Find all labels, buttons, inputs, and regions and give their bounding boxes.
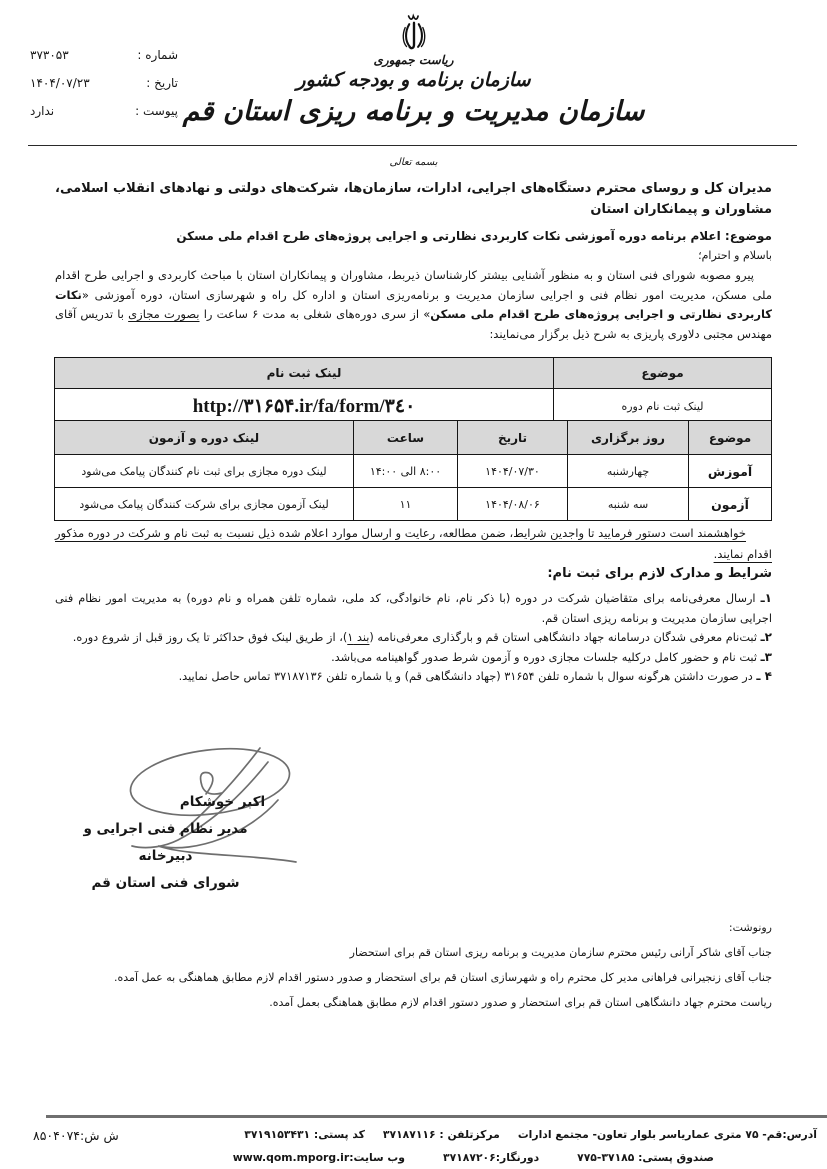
item2-clause-underlined: بند ۱: [347, 631, 369, 644]
item4-number: ۴ ـ: [756, 669, 772, 683]
intro-paragraph: پیرو مصوبه شورای فنی استان و به منظور آش…: [55, 266, 772, 344]
header-divider: [28, 145, 797, 146]
training-time: ۸:۰۰ الی ۱۴:۰۰: [354, 455, 458, 488]
training-day: چهارشنبه: [568, 455, 689, 488]
salutation-text: باسلام و احترام؛: [698, 249, 772, 262]
schedule-col-time: ساعت: [354, 421, 458, 455]
footer-line-1: آدرس:قم- ۷۵ متری عماریاسر بلوار تعاون- م…: [120, 1123, 817, 1146]
requirement-item-3: ۳ـ ثبت نام و حضور کامل درکلیه جلسات مجاز…: [55, 648, 772, 668]
schedule-table: موضوع روز برگزاری تاریخ ساعت لینک دوره و…: [54, 420, 772, 521]
link-table-col-link: لینک ثبت نام: [55, 358, 554, 389]
letter-page: شماره : ۳۷۳۰۵۳ تاریخ : ۱۴۰۴/۰۷/۲۳ پیوست …: [0, 0, 827, 1169]
country-org-title: سازمان برنامه و بودجه کشور: [0, 69, 827, 91]
subject-label: موضوع:: [725, 229, 772, 243]
schedule-col-date: تاریخ: [458, 421, 568, 455]
schedule-col-day: روز برگزاری: [568, 421, 689, 455]
footer-postal-code: کد پستی: ۳۷۱۹۱۵۳۴۳۱: [244, 1123, 365, 1146]
request-note: خواهشمند است دستور فرمایید تا واجدین شرا…: [55, 523, 772, 565]
signer-title-line1: مدیر نظام فنی اجرایی و دبیرخانه: [58, 816, 273, 870]
item1-text: ارسال معرفی‌نامه برای متقاضیان شرکت در د…: [55, 592, 772, 625]
exam-subject: آزمون: [689, 488, 772, 521]
schedule-header-row: موضوع روز برگزاری تاریخ ساعت لینک دوره و…: [55, 421, 772, 455]
exam-link-note: لینک آزمون مجازی برای شرکت کنندگان پیامک…: [55, 488, 354, 521]
item4-text: در صورت داشتن هرگونه سوال با شماره تلفن …: [179, 670, 757, 683]
besmellah-text: بسمه تعالی: [0, 157, 827, 168]
footer-pobox: صندوق پستی: ۳۷۱۸۵-۷۷۵: [577, 1146, 714, 1169]
subject-line: موضوع: اعلام برنامه دوره آموزشی نکات کار…: [55, 229, 772, 243]
item2-number: ۲ـ: [761, 630, 772, 644]
requirement-item-2: ۲ـ ثبت‌نام معرفی شدگان درسامانه جهاد دان…: [55, 628, 772, 648]
footer-contact: آدرس:قم- ۷۵ متری عماریاسر بلوار تعاون- م…: [120, 1123, 817, 1169]
footer-phone: مرکزتلفن : ۳۷۱۸۷۱۱۶: [383, 1123, 500, 1146]
requirement-item-4: ۴ ـ در صورت داشتن هرگونه سوال با شماره ت…: [55, 667, 772, 687]
item3-number: ۳ـ: [761, 650, 772, 664]
exam-time: ۱۱: [354, 488, 458, 521]
schedule-col-link: لینک دوره و آزمون: [55, 421, 354, 455]
subject-text: اعلام برنامه دوره آموزشی نکات کاربردی نظ…: [176, 229, 725, 243]
footer-fax: دورنگار:۳۷۱۸۷۲۰۶: [443, 1146, 539, 1169]
iran-emblem-icon: [396, 12, 432, 56]
requirements-list: ۱ـ ارسال معرفی‌نامه برای متقاضیان شرکت د…: [55, 589, 772, 687]
signer-name: اکبر خوشکام: [115, 789, 330, 816]
signer-title-line2: شورای فنی استان قم: [58, 870, 273, 897]
requirement-item-1: ۱ـ ارسال معرفی‌نامه برای متقاضیان شرکت د…: [55, 589, 772, 628]
item1-number: ۱ـ: [761, 591, 772, 605]
schedule-row-exam: آزمون سه شنبه ۱۴۰۴/۰۸/۰۶ ۱۱ لینک آزمون م…: [55, 488, 772, 521]
link-table-header-row: موضوع لینک ثبت نام: [55, 358, 772, 389]
requirements-heading: شرایط و مدارک لازم برای ثبت نام:: [547, 566, 772, 581]
schedule-col-subject: موضوع: [689, 421, 772, 455]
schedule-row-training: آموزش چهارشنبه ۱۴۰۴/۰۷/۳۰ ۸:۰۰ الی ۱۴:۰۰…: [55, 455, 772, 488]
virtual-mode-underlined: بصورت مجازی: [128, 307, 199, 321]
item2-text-post: )، از طریق لینک فوق حداکثر تا یک روز قبل…: [73, 631, 348, 644]
cc-label: رونوشت:: [40, 915, 772, 940]
link-table-col-subject: موضوع: [554, 358, 772, 389]
province-org-title: سازمان مدیریت و برنامه ریزی استان قم: [0, 96, 827, 127]
addressee-text: مدیران کل و روسای محترم دستگاه‌های اجرای…: [55, 178, 772, 220]
exam-day: سه شنبه: [568, 488, 689, 521]
exam-date: ۱۴۰۴/۰۸/۰۶: [458, 488, 568, 521]
training-subject: آموزش: [689, 455, 772, 488]
cc-section: رونوشت: جناب آقای شاکر آرانی رئیس محترم …: [40, 915, 772, 1015]
letter-serial: ش ش:۸۵۰۴۰۷۴: [33, 1128, 119, 1143]
registration-link-table: موضوع لینک ثبت نام لینک ثبت نام دوره htt…: [54, 357, 772, 425]
footer-address: آدرس:قم- ۷۵ متری عماریاسر بلوار تعاون- م…: [518, 1123, 817, 1146]
intro-part2: » از سری دوره‌های شغلی به مدت ۶ ساعت را: [200, 307, 431, 321]
item3-text: ثبت نام و حضور کامل درکلیه جلسات مجازی د…: [331, 651, 760, 664]
footer-website: وب سایت:www.qom.mporg.ir: [233, 1146, 405, 1169]
intro-part1: پیرو مصوبه شورای فنی استان و به منظور آش…: [55, 268, 772, 302]
footer-line-2: صندوق پستی: ۳۷۱۸۵-۷۷۵ دورنگار:۳۷۱۸۷۲۰۶ و…: [120, 1146, 817, 1169]
signature-block: اکبر خوشکام مدیر نظام فنی اجرایی و دبیرخ…: [58, 789, 273, 897]
cc-item: جناب آقای زنجیرانی فراهانی مدیر کل محترم…: [40, 965, 772, 990]
training-date: ۱۴۰۴/۰۷/۳۰: [458, 455, 568, 488]
presidency-title: ریاست جمهوری: [0, 53, 827, 67]
footer-divider: [46, 1115, 827, 1118]
training-link-note: لینک دوره مجازی برای ثبت نام کنندگان پیا…: [55, 455, 354, 488]
item2-text-pre: ثبت‌نام معرفی شدگان درسامانه جهاد دانشگا…: [369, 631, 760, 644]
cc-item: ریاست محترم جهاد دانشگاهی استان قم برای …: [40, 990, 772, 1015]
cc-item: جناب آقای شاکر آرانی رئیس محترم سازمان م…: [40, 940, 772, 965]
